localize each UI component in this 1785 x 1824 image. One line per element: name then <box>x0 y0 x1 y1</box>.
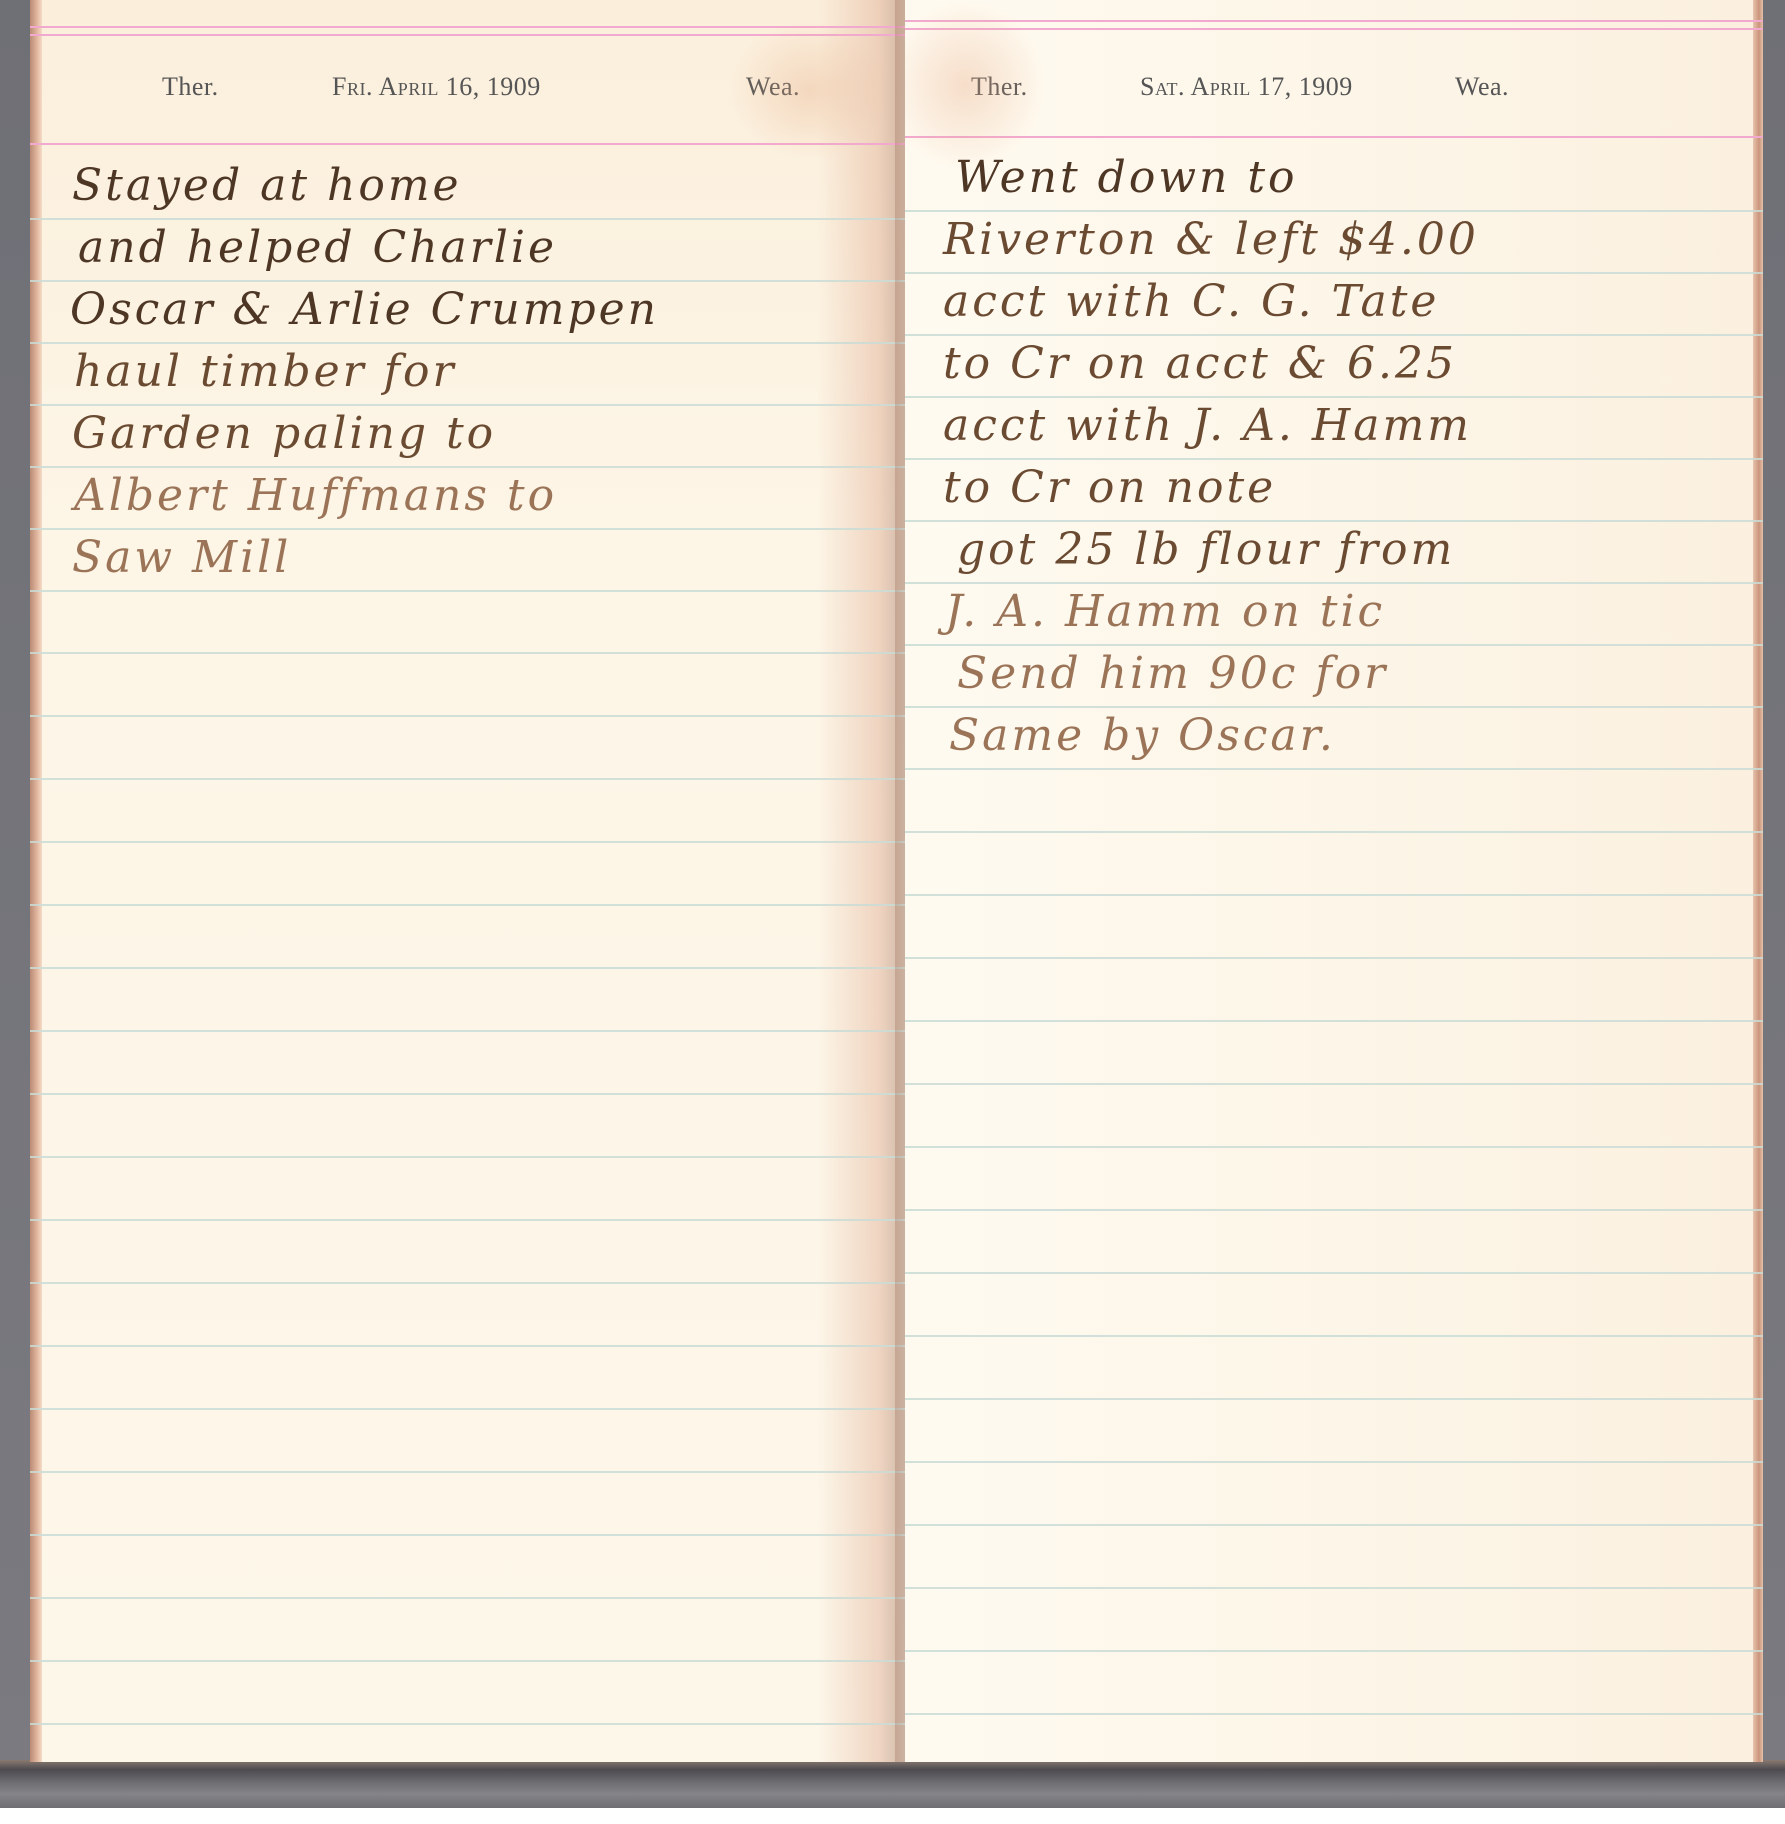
ruled-line <box>30 1156 905 1158</box>
ruled-line <box>30 652 905 654</box>
entry-line: acct with C. G. Tate <box>905 276 1763 327</box>
ruled-line <box>905 272 1763 274</box>
ruled-line <box>30 1408 905 1410</box>
entry-line: J. A. Hamm on tic <box>905 586 1763 637</box>
ruled-line <box>905 957 1763 959</box>
ruled-line <box>905 768 1763 770</box>
ruled-line <box>905 1272 1763 1274</box>
ruled-line <box>30 841 905 843</box>
ruled-line <box>30 1534 905 1536</box>
ruled-line <box>905 644 1763 646</box>
ruled-line <box>905 894 1763 896</box>
entry-line: Albert Huffmans to <box>30 470 905 521</box>
entry-line: Garden paling to <box>30 408 905 459</box>
entry-line: Stayed at home <box>30 160 905 211</box>
ruled-line <box>30 967 905 969</box>
page-date: Fri. April 16, 1909 <box>332 72 541 102</box>
ruled-line <box>905 582 1763 584</box>
entry-line: Oscar & Arlie Crumpen <box>30 284 905 335</box>
ruled-line <box>905 1209 1763 1211</box>
book-cover-bottom-edge <box>0 1760 1785 1808</box>
ruled-line <box>30 715 905 717</box>
ruled-line <box>905 831 1763 833</box>
wea-label: Wea. <box>1455 72 1509 102</box>
ruled-line <box>30 218 905 220</box>
ruled-line <box>30 280 905 282</box>
entry-line: acct with J. A. Hamm <box>905 400 1763 451</box>
entry-line: haul timber for <box>30 346 905 397</box>
ruled-line <box>905 396 1763 398</box>
ruled-line <box>905 1398 1763 1400</box>
ruled-line <box>30 1723 905 1725</box>
entry-line: Went down to <box>905 152 1763 203</box>
ruled-line <box>30 1660 905 1662</box>
ruled-line <box>905 1335 1763 1337</box>
ruled-line <box>905 1650 1763 1652</box>
header-bottom-rule <box>905 136 1763 138</box>
ruled-line <box>905 706 1763 708</box>
ruled-line <box>30 1030 905 1032</box>
ruled-line <box>905 1461 1763 1463</box>
header-double-rule-bottom <box>905 28 1763 30</box>
ruled-line <box>905 1146 1763 1148</box>
paper-stain <box>905 0 1045 170</box>
entry-line: to Cr on note <box>905 462 1763 513</box>
paper-stain <box>730 20 890 160</box>
ruled-line <box>30 1219 905 1221</box>
ruled-line <box>905 1587 1763 1589</box>
page-date: Sat. April 17, 1909 <box>1140 72 1353 102</box>
ruled-line <box>30 1471 905 1473</box>
ruled-line <box>30 342 905 344</box>
left-page: Ther. Fri. April 16, 1909 Wea. Stayed at… <box>30 0 905 1762</box>
right-page: Ther. Sat. April 17, 1909 Wea. Went down… <box>905 0 1763 1762</box>
ruled-line <box>905 1524 1763 1526</box>
ruled-line <box>30 590 905 592</box>
ruled-line <box>905 1083 1763 1085</box>
ruled-line <box>905 1020 1763 1022</box>
entry-line: Saw Mill <box>30 532 905 583</box>
entry-line: and helped Charlie <box>30 222 905 273</box>
entry-line: Send him 90c for <box>905 648 1763 699</box>
ruled-line <box>30 1093 905 1095</box>
ruled-line <box>30 904 905 906</box>
header-double-rule-top <box>905 20 1763 22</box>
entry-line: Same by Oscar. <box>905 710 1763 761</box>
ruled-line <box>905 210 1763 212</box>
ruled-line <box>905 458 1763 460</box>
ruled-line <box>30 404 905 406</box>
ruled-line <box>30 466 905 468</box>
ruled-line <box>905 334 1763 336</box>
entry-line: to Cr on acct & 6.25 <box>905 338 1763 389</box>
ruled-line <box>30 778 905 780</box>
entry-line: Riverton & left $4.00 <box>905 214 1763 265</box>
ruled-line <box>905 1713 1763 1715</box>
scan-margin <box>0 1808 1785 1824</box>
entry-line: got 25 lb flour from <box>905 524 1763 575</box>
ther-label: Ther. <box>162 72 219 102</box>
ruled-line <box>905 520 1763 522</box>
ruled-line <box>30 528 905 530</box>
ruled-line <box>30 1282 905 1284</box>
ruled-line <box>30 1597 905 1599</box>
ruled-line <box>30 1345 905 1347</box>
